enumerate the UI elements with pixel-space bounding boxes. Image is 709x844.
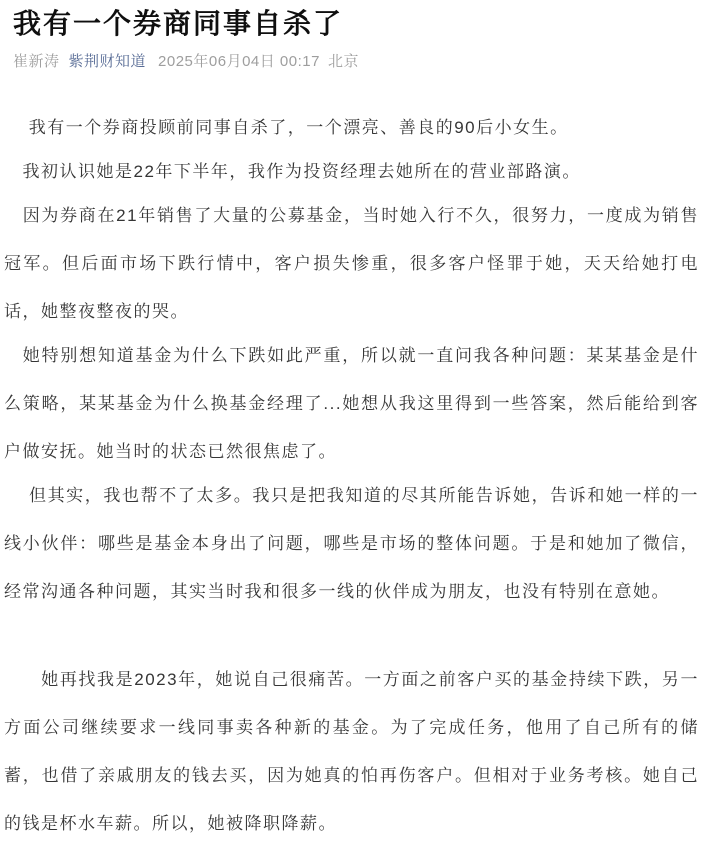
paragraph-spacer xyxy=(4,612,699,660)
article-body: 我有一个券商投顾前同事自杀了，一个漂亮、善良的90后小女生。 我初认识她是22年… xyxy=(0,104,709,844)
author-name: 崔新涛 xyxy=(13,53,60,70)
paragraph: 我有一个券商投顾前同事自杀了，一个漂亮、善良的90后小女生。 xyxy=(4,104,699,152)
paragraph: 因为券商在21年销售了大量的公募基金，当时她入行不久，很努力，一度成为销售冠军。… xyxy=(4,192,699,336)
publish-datetime: 2025年06月04日 00:17 xyxy=(158,53,320,70)
byline: 崔新涛紫荆财知道2025年06月04日 00:17北京 xyxy=(13,52,695,72)
article-header: 我有一个券商同事自杀了 崔新涛紫荆财知道2025年06月04日 00:17北京 xyxy=(0,0,709,72)
paragraph: 我初认识她是22年下半年，我作为投资经理去她所在的营业部路演。 xyxy=(4,148,699,196)
paragraph: 她特别想知道基金为什么下跌如此严重，所以就一直问我各种问题：某某基金是什么策略，… xyxy=(4,332,699,476)
paragraph: 但其实，我也帮不了太多。我只是把我知道的尽其所能告诉她，告诉和她一样的一线小伙伴… xyxy=(4,472,699,616)
article-page: 我有一个券商同事自杀了 崔新涛紫荆财知道2025年06月04日 00:17北京 … xyxy=(0,0,709,844)
paragraph: 她再找我是2023年，她说自己很痛苦。一方面之前客户买的基金持续下跌，另一方面公… xyxy=(4,656,699,844)
publish-location: 北京 xyxy=(328,53,359,70)
account-name-link[interactable]: 紫荆财知道 xyxy=(69,53,147,70)
article-title: 我有一个券商同事自杀了 xyxy=(13,6,695,41)
